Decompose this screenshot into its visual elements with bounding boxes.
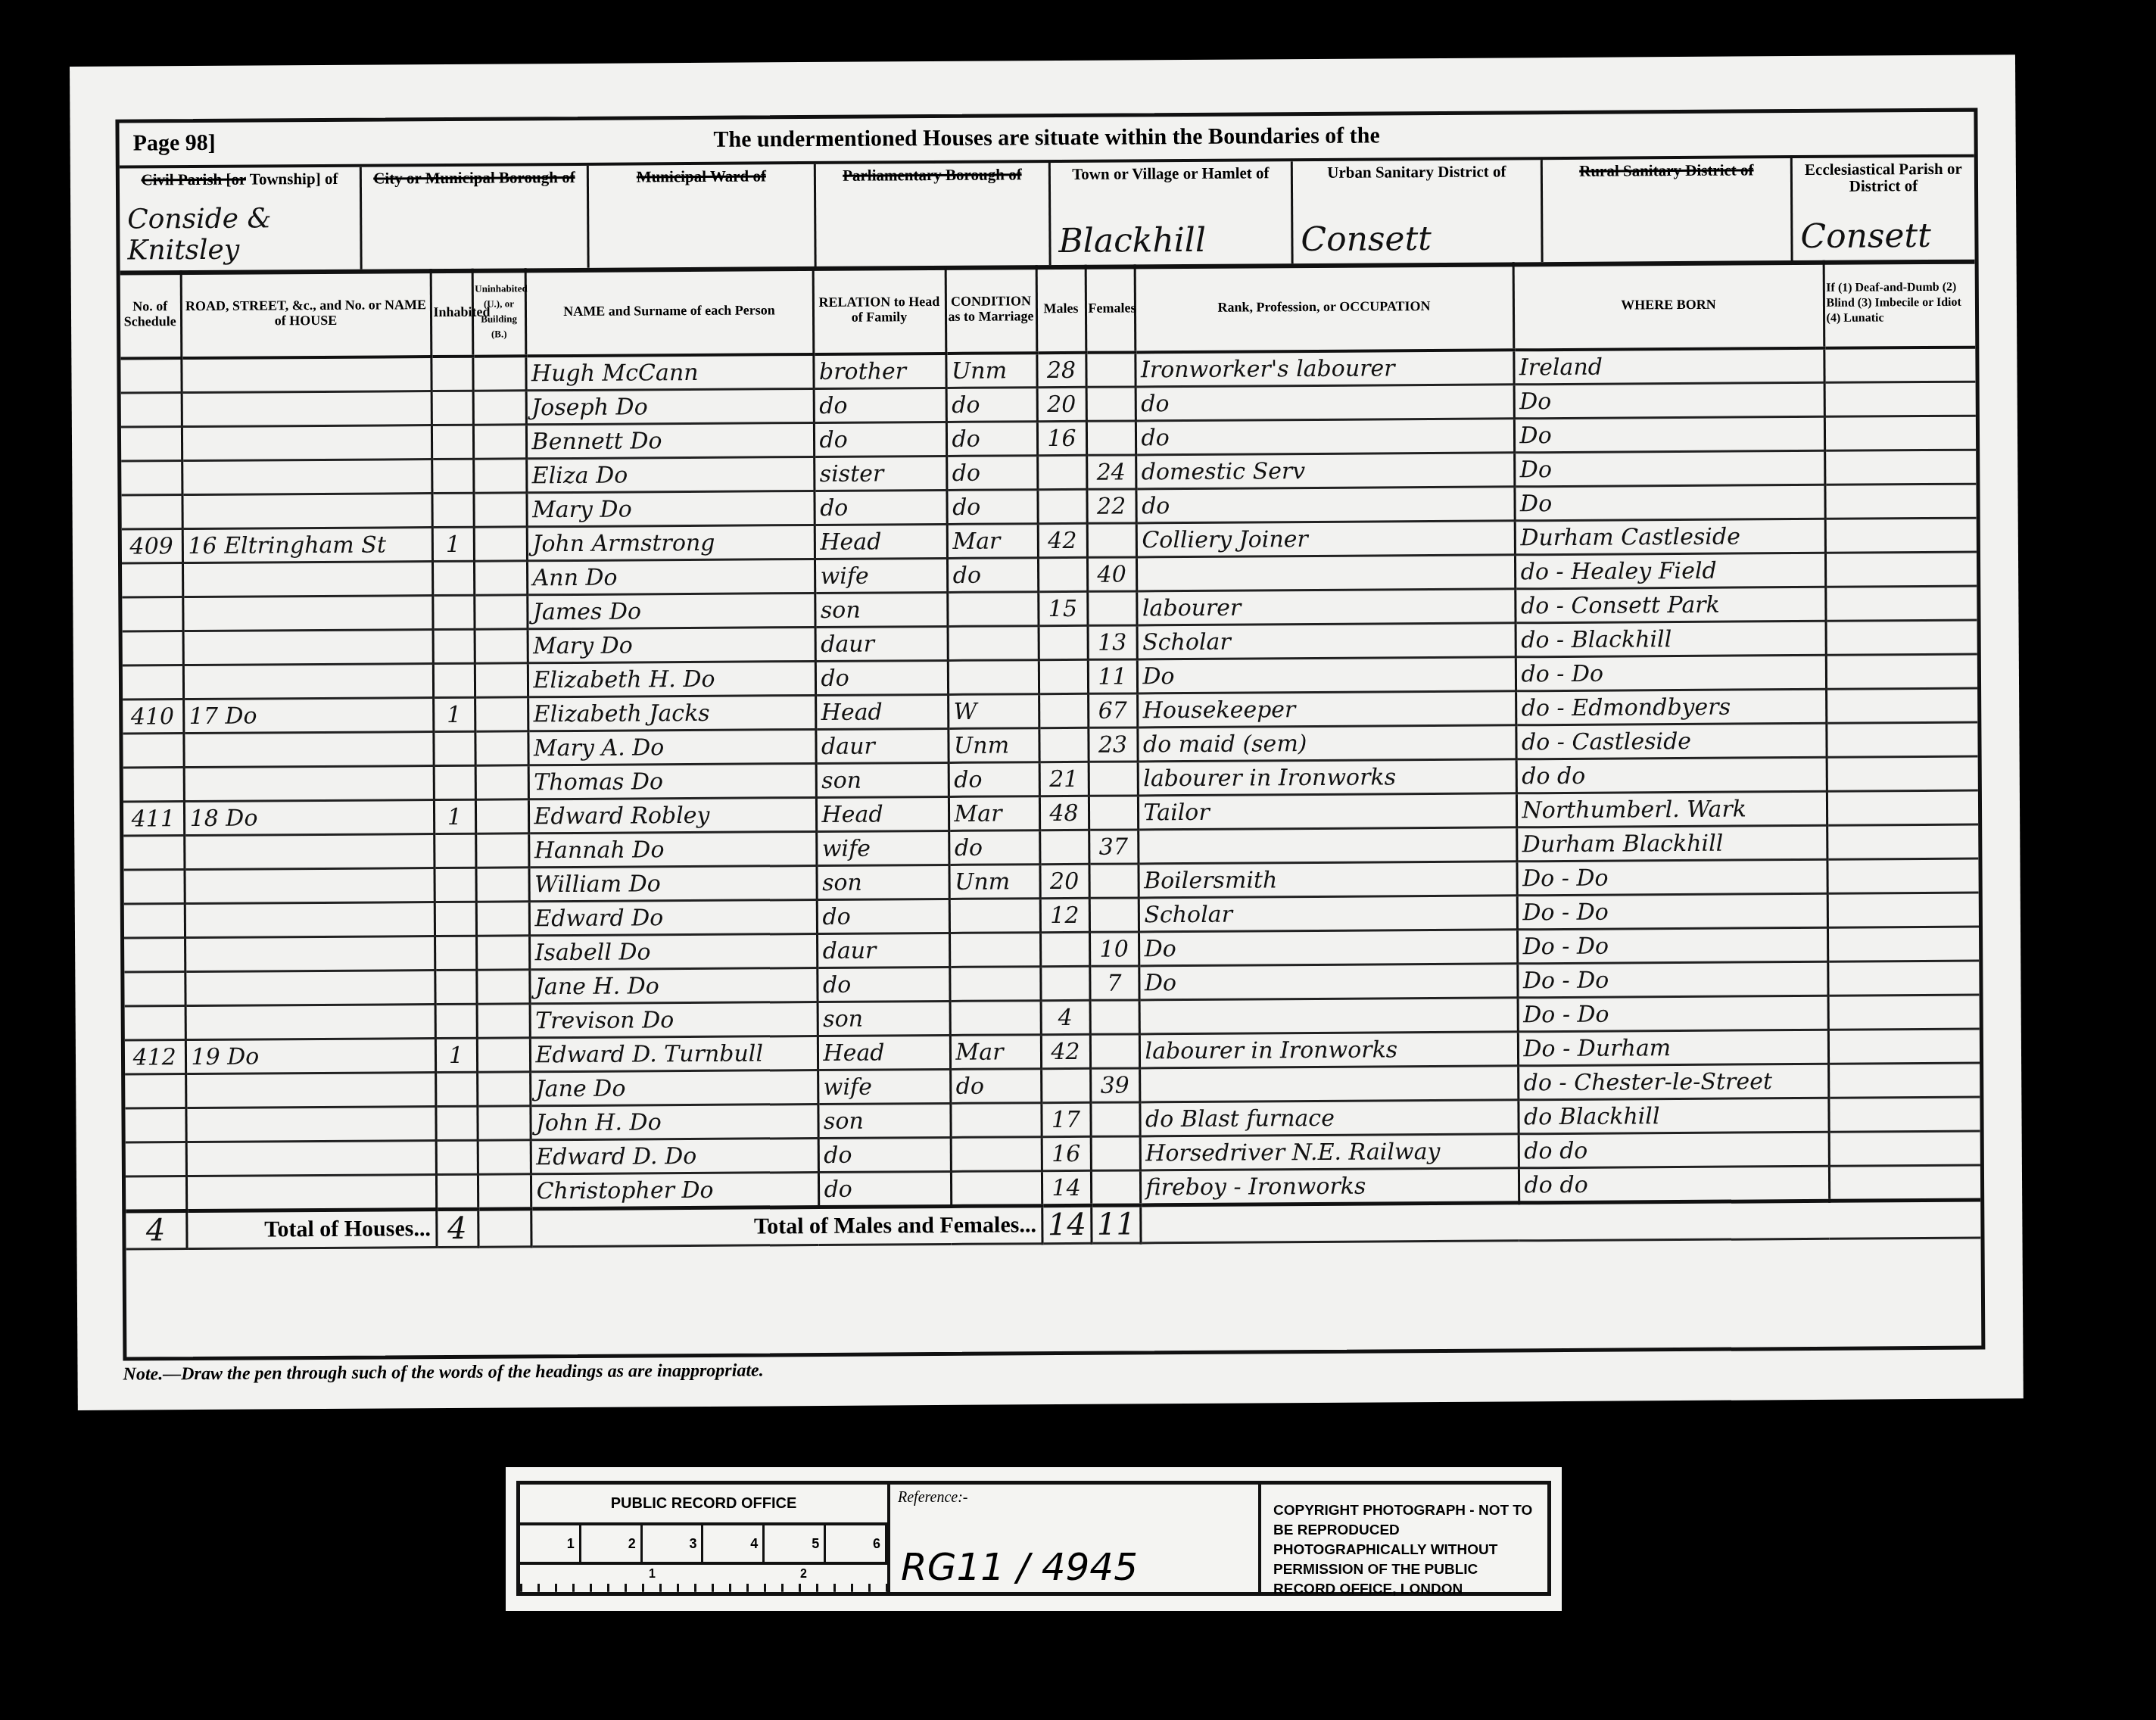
cell-occupation: labourer in Ironworks	[1139, 1032, 1518, 1068]
cell-name: Bennett Do	[526, 423, 814, 459]
cell-born: Northumberl. Wark	[1516, 791, 1827, 827]
cell-condition: W	[948, 694, 1039, 729]
cell-road	[182, 494, 432, 529]
cell-occupation	[1138, 827, 1516, 864]
cell-road	[185, 1073, 435, 1108]
cell-born: Do - Do	[1517, 893, 1827, 930]
cell-female: 67	[1088, 693, 1137, 728]
cell-relation: son	[818, 1103, 950, 1138]
ecclesiastical-value: Consett	[1800, 217, 1931, 256]
cell-born: do Blackhill	[1518, 1098, 1828, 1134]
area-municipal-ward: Municipal Ward of	[589, 164, 817, 268]
cell-condition: Mar	[950, 1035, 1041, 1070]
cell-condition: do	[946, 490, 1037, 525]
cell-condition: do	[949, 762, 1039, 797]
cell-schedule: 411	[123, 802, 184, 836]
cell-inh	[436, 1174, 478, 1209]
cell-name: William Do	[528, 865, 816, 901]
col-males: Males	[1036, 265, 1086, 353]
cell-occupation: labourer in Ironworks	[1138, 759, 1516, 796]
cell-inh	[432, 561, 474, 595]
cell-born: Do	[1514, 382, 1824, 419]
cell-born: do - Edmondbyers	[1516, 689, 1826, 725]
cell-condition	[951, 1171, 1042, 1207]
cell-female: 40	[1087, 557, 1136, 591]
cell-relation: wife	[816, 830, 949, 865]
cell-female	[1086, 352, 1135, 387]
public-record-office-stamp: PUBLIC RECORD OFFICE 1 2 3 4 5 6 1 2 Ref…	[506, 1467, 1562, 1611]
cell-road	[185, 971, 435, 1006]
cell-road	[183, 664, 433, 700]
cell-female	[1090, 1102, 1139, 1136]
cell-female	[1089, 898, 1139, 932]
cell-name: Elizabeth H. Do	[528, 661, 815, 696]
cell-inh: 1	[433, 697, 475, 731]
cell-inh	[432, 425, 473, 459]
cell-born: do do	[1519, 1132, 1829, 1168]
total-females: 11	[1091, 1205, 1140, 1243]
cell-name: Jane H. Do	[529, 967, 817, 1003]
cell-female	[1090, 1000, 1139, 1034]
cell-born: do - Blackhill	[1516, 621, 1826, 657]
cell-condition: do	[946, 422, 1037, 456]
cell-occupation: do	[1136, 419, 1514, 455]
total-schedules: 4	[126, 1211, 186, 1249]
cell-name: Elizabeth Jacks	[528, 695, 815, 731]
cell-condition	[947, 592, 1038, 627]
cell-male: 17	[1041, 1102, 1090, 1136]
cell-inh	[434, 765, 475, 799]
cell-female: 22	[1086, 489, 1136, 523]
cell-name: Ann Do	[527, 559, 815, 595]
cell-male: 20	[1039, 864, 1089, 898]
col-where-born: WHERE BORN	[1513, 260, 1824, 351]
scale-numbers: 1 2 3 4 5 6	[520, 1525, 887, 1565]
cell-relation: do	[818, 1171, 951, 1207]
cell-male: 12	[1040, 898, 1089, 932]
cell-born: Do	[1514, 450, 1824, 487]
cell-condition	[948, 626, 1039, 661]
reference-value: RG11 / 4945	[901, 1545, 1138, 1589]
cell-condition: do	[947, 558, 1038, 593]
cell-road: 19 Do	[185, 1039, 435, 1074]
cell-female	[1091, 1136, 1140, 1170]
cell-born: Durham Castleside	[1515, 519, 1825, 555]
cell-born: do - Castleside	[1516, 723, 1826, 759]
cell-road	[184, 868, 434, 904]
cell-female	[1089, 762, 1138, 796]
cell-road	[182, 562, 432, 597]
cell-schedule	[121, 427, 182, 461]
cell-male: 21	[1039, 762, 1089, 796]
cell-relation: daur	[817, 933, 949, 967]
cell-female: 10	[1089, 932, 1139, 966]
area-header-row: Civil Parish [or Township] of Conside & …	[120, 154, 1975, 276]
total-houses-label: Total of Houses...	[186, 1210, 436, 1249]
cell-male: 20	[1037, 387, 1086, 421]
area-rural-sanitary: Rural Sanitary District of	[1543, 158, 1793, 262]
cell-condition	[950, 1001, 1041, 1036]
cell-relation: Head	[816, 796, 949, 831]
col-females: Females	[1086, 264, 1136, 352]
cell-relation: do	[814, 388, 946, 422]
cell-relation: do	[818, 1137, 951, 1172]
cell-occupation: Housekeeper	[1137, 691, 1516, 728]
cell-road	[183, 630, 433, 665]
cell-road	[184, 766, 434, 802]
cell-condition: Unm	[948, 728, 1039, 763]
cell-born: Do - Do	[1518, 996, 1828, 1032]
col-inhabited: Inhabited	[431, 269, 473, 357]
cell-schedule: 409	[122, 529, 182, 563]
cell-condition: do	[946, 456, 1037, 491]
cell-relation: wife	[815, 558, 947, 593]
ruler-scale: 1 2	[520, 1565, 887, 1592]
cell-name: Edward Robley	[528, 797, 816, 833]
cell-relation: son	[816, 762, 949, 797]
cell-male: 42	[1038, 523, 1087, 557]
cell-schedule	[120, 358, 181, 393]
cell-road	[186, 1141, 436, 1176]
office-name: PUBLIC RECORD OFFICE	[520, 1485, 887, 1525]
cell-inh	[432, 493, 473, 527]
cell-name: Edward Do	[529, 899, 817, 935]
cell-male: 48	[1039, 796, 1089, 830]
cell-schedule	[124, 972, 185, 1006]
cell-female	[1086, 421, 1136, 455]
cell-name: Edward D. Turnbull	[530, 1036, 818, 1071]
copyright-notice: COPYRIGHT PHOTOGRAPH - NOT TO BE REPRODU…	[1261, 1485, 1547, 1592]
cell-female: 39	[1090, 1068, 1139, 1102]
cell-female: 11	[1088, 659, 1137, 693]
cell-road	[182, 425, 432, 461]
binding-hole	[2033, 1235, 2052, 1258]
cell-schedule	[124, 904, 185, 938]
col-name: NAME and Surname of each Person	[525, 266, 814, 356]
census-rows: Hugh McCannbrotherUnm28Ironworker's labo…	[120, 347, 1980, 1211]
cell-relation: do	[814, 490, 946, 525]
binding-hole	[2027, 138, 2046, 160]
cell-schedule	[125, 1006, 185, 1040]
cell-relation: Head	[815, 524, 947, 559]
cell-schedule	[126, 1142, 186, 1176]
cell-name: Jane Do	[530, 1070, 818, 1105]
urban-sanitary-value: Consett	[1301, 220, 1432, 259]
cell-road	[186, 1175, 436, 1211]
cell-occupation: Scholar	[1139, 896, 1517, 932]
cell-road	[183, 732, 433, 768]
cell-inh: 1	[435, 1038, 477, 1072]
cell-occupation: Scholar	[1137, 623, 1516, 659]
cell-male	[1039, 693, 1088, 728]
cell-occupation: Tailor	[1138, 793, 1516, 830]
cell-inh	[435, 936, 476, 970]
binding-hole	[2030, 690, 2049, 713]
cell-schedule	[126, 1176, 186, 1211]
cell-occupation: Boilersmith	[1138, 862, 1516, 898]
cell-male	[1037, 489, 1086, 523]
cell-inh	[432, 595, 474, 629]
cell-male	[1039, 625, 1088, 659]
cell-condition: Unm	[946, 353, 1036, 388]
cell-road	[182, 391, 432, 427]
cell-name: Hannah Do	[528, 831, 816, 867]
cell-occupation	[1139, 1066, 1518, 1102]
boundaries-banner: The undermentioned Houses are situate wi…	[120, 120, 1974, 157]
cell-name: Joseph Do	[526, 389, 814, 425]
cell-inh	[432, 459, 473, 493]
cell-inh	[434, 868, 475, 902]
cell-born: do - Chester-le-Street	[1518, 1064, 1828, 1100]
cell-condition: Mar	[947, 524, 1038, 559]
col-schedule: No. of Schedule	[120, 270, 182, 358]
cell-condition	[949, 967, 1040, 1002]
cell-inh: 1	[434, 799, 475, 834]
cell-occupation: do	[1136, 385, 1514, 421]
cell-road	[181, 357, 431, 393]
cell-schedule	[125, 1108, 185, 1142]
cell-born: do - Healey Field	[1515, 553, 1825, 589]
cell-condition	[949, 899, 1040, 933]
cell-male: 4	[1041, 1000, 1090, 1034]
cell-female	[1089, 864, 1138, 898]
cell-female	[1090, 1034, 1139, 1068]
census-page: Page 98] The undermentioned Houses are s…	[70, 55, 2024, 1410]
cell-female	[1086, 387, 1136, 421]
cell-relation: do	[817, 967, 949, 1002]
cell-male: 15	[1038, 591, 1087, 625]
cell-female	[1087, 523, 1136, 557]
cell-name: Edward D. Do	[531, 1138, 818, 1173]
footnote: Note.—Draw the pen through such of the w…	[123, 1360, 763, 1385]
cell-relation: Head	[815, 694, 948, 729]
cell-schedule	[121, 495, 182, 529]
cell-female	[1087, 591, 1136, 625]
cell-born: Durham Blackhill	[1516, 825, 1827, 862]
cell-road	[182, 596, 432, 631]
col-relation: RELATION to Head of Family	[813, 266, 946, 354]
cell-schedule	[123, 734, 183, 768]
cell-name: Mary Do	[526, 491, 814, 527]
cell-relation: son	[818, 1001, 950, 1036]
cell-female	[1089, 796, 1138, 830]
cell-born: Do - Durham	[1518, 1030, 1828, 1066]
cell-schedule	[123, 631, 183, 665]
cell-inh	[434, 834, 475, 868]
area-urban-sanitary: Urban Sanitary District of Consett	[1293, 160, 1544, 263]
cell-relation: daur	[815, 626, 948, 661]
civil-parish-value: Conside & Knitsley	[127, 203, 360, 266]
cell-road: 18 Do	[184, 800, 434, 836]
cell-schedule	[122, 597, 182, 631]
cell-male	[1039, 728, 1088, 762]
cell-male	[1037, 455, 1086, 489]
cell-born: Do - Do	[1517, 961, 1827, 998]
cell-schedule	[125, 1074, 185, 1108]
cell-name: Thomas Do	[528, 763, 816, 799]
cell-name: James Do	[527, 594, 815, 629]
cell-schedule	[121, 461, 182, 495]
cell-occupation: Do	[1139, 964, 1517, 1000]
cell-occupation: do maid (sem)	[1137, 725, 1516, 762]
cell-inh	[435, 970, 476, 1004]
col-road: ROAD, STREET, &c., and No. or NAME of HO…	[181, 269, 432, 358]
census-form: Page 98] The undermentioned Houses are s…	[115, 108, 1985, 1361]
cell-male: 14	[1042, 1170, 1091, 1205]
cell-male	[1039, 830, 1089, 864]
area-ecclesiastical-parish: Ecclesiastical Parish or District of Con…	[1793, 157, 1975, 260]
cell-condition	[948, 660, 1039, 695]
col-infirmity: If (1) Deaf-and-Dumb (2) Blind (3) Imbec…	[1824, 260, 1976, 348]
col-occupation: Rank, Profession, or OCCUPATION	[1135, 262, 1514, 352]
area-parliamentary-borough: Parliamentary Borough of	[816, 163, 1052, 266]
cell-relation: sister	[814, 456, 946, 491]
cell-relation: Head	[818, 1035, 950, 1070]
cell-inh: 1	[432, 527, 474, 561]
cell-male	[1039, 659, 1088, 693]
cell-born: Do	[1514, 416, 1824, 453]
cell-road	[185, 1005, 435, 1040]
cell-inh	[435, 902, 476, 936]
cell-inh	[431, 357, 472, 391]
cell-condition	[951, 1137, 1042, 1172]
cell-name: John H. Do	[530, 1104, 818, 1139]
cell-male	[1038, 557, 1087, 591]
cell-condition: do	[950, 1069, 1041, 1104]
column-header-row: No. of Schedule ROAD, STREET, &c., and N…	[120, 260, 1976, 359]
cell-inh	[435, 1004, 477, 1038]
cell-inh	[436, 1140, 478, 1174]
cell-road	[185, 902, 435, 938]
cell-condition: Mar	[949, 796, 1039, 831]
census-table: No. of Schedule ROAD, STREET, &c., and N…	[120, 260, 1981, 1251]
cell-name: Mary Do	[528, 627, 815, 662]
area-municipal-borough: City or Municipal Borough of	[362, 166, 590, 270]
area-civil-parish: Civil Parish [or Township] of Conside & …	[120, 167, 363, 271]
cell-schedule: 412	[125, 1040, 185, 1074]
cell-schedule	[121, 393, 182, 427]
cell-occupation: Ironworker's labourer	[1135, 350, 1513, 387]
cell-female: 23	[1088, 728, 1137, 762]
reference-label: Reference:-	[898, 1489, 1251, 1507]
cell-born: do - Consett Park	[1515, 587, 1825, 623]
cell-road	[184, 834, 434, 870]
cell-name: Hugh McCann	[525, 354, 813, 391]
cell-relation: do	[817, 899, 949, 933]
cell-name: Christopher Do	[531, 1172, 818, 1208]
cell-occupation: Do	[1137, 657, 1516, 693]
cell-schedule	[124, 938, 185, 972]
cell-inh	[435, 1072, 477, 1106]
cell-road	[185, 1107, 435, 1142]
cell-relation: son	[815, 592, 947, 627]
cell-occupation: do Blast furnace	[1139, 1100, 1518, 1136]
cell-occupation: Horsedriver N.E. Railway	[1140, 1134, 1519, 1170]
cell-condition	[949, 933, 1040, 967]
cell-name: Trevison Do	[530, 1002, 818, 1037]
cell-occupation	[1136, 555, 1515, 591]
cell-male: 16	[1037, 421, 1086, 455]
cell-road: 17 Do	[183, 698, 433, 734]
cell-inh	[433, 663, 475, 697]
cell-schedule	[123, 870, 184, 904]
cell-schedule	[122, 563, 182, 597]
cell-condition	[950, 1103, 1041, 1138]
cell-relation: do	[814, 422, 946, 456]
cell-name: John Armstrong	[527, 525, 815, 561]
cell-male	[1040, 932, 1089, 966]
area-town-village: Town or Village or Hamlet of Blackhill	[1051, 161, 1294, 265]
cell-occupation: Colliery Joiner	[1136, 521, 1515, 557]
cell-born: do do	[1519, 1166, 1829, 1203]
cell-road: 16 Eltringham St	[182, 528, 432, 563]
total-houses: 4	[436, 1209, 478, 1247]
col-condition: CONDITION as to Marriage	[946, 265, 1037, 354]
cell-born: do do	[1516, 757, 1827, 793]
cell-occupation	[1139, 998, 1518, 1034]
cell-name: Isabell Do	[529, 933, 817, 969]
cell-occupation: fireboy - Ironworks	[1140, 1168, 1519, 1205]
cell-male	[1041, 1068, 1090, 1102]
cell-condition: do	[946, 388, 1037, 422]
cell-inh	[435, 1106, 477, 1140]
town-value: Blackhill	[1058, 221, 1206, 260]
cell-female: 7	[1089, 966, 1139, 1000]
cell-male	[1040, 966, 1089, 1000]
cell-inh	[433, 629, 475, 663]
cell-name: Mary A. Do	[528, 729, 815, 765]
cell-schedule	[123, 768, 184, 802]
cell-occupation: domestic Serv	[1136, 453, 1514, 489]
cell-schedule	[123, 836, 184, 870]
cell-occupation: labourer	[1136, 589, 1515, 625]
cell-road	[182, 460, 432, 495]
cell-road	[185, 936, 435, 972]
cell-inh	[433, 731, 475, 765]
cell-female	[1091, 1170, 1140, 1205]
cell-occupation: Do	[1139, 930, 1517, 966]
cell-born: Do - Do	[1516, 859, 1827, 896]
cell-female: 13	[1088, 625, 1137, 659]
cell-male: 28	[1036, 353, 1086, 388]
cell-condition: do	[949, 830, 1039, 865]
cell-relation: do	[815, 660, 948, 695]
col-uninhabited: Uninhabited (U.), or Building (B.)	[472, 268, 526, 356]
cell-relation: wife	[818, 1069, 950, 1104]
cell-inh	[432, 391, 473, 425]
cell-male: 16	[1042, 1136, 1091, 1170]
cell-condition: Unm	[949, 865, 1039, 899]
cell-relation: son	[816, 865, 949, 899]
cell-name: Eliza Do	[526, 457, 814, 493]
cell-relation: daur	[815, 728, 948, 763]
cell-born: Do - Do	[1517, 927, 1827, 964]
cell-born: do - Do	[1516, 655, 1826, 691]
cell-female: 24	[1086, 455, 1136, 489]
total-persons-label: Total of Males and Females...	[531, 1206, 1042, 1247]
cell-born: Ireland	[1513, 348, 1824, 385]
cell-female: 37	[1089, 830, 1138, 864]
cell-relation: brother	[813, 354, 946, 389]
total-males: 14	[1042, 1205, 1091, 1243]
cell-born: Do	[1514, 485, 1824, 521]
cell-schedule: 410	[123, 700, 183, 734]
cell-occupation: do	[1136, 487, 1514, 523]
cell-schedule	[123, 665, 183, 700]
cell-male: 42	[1041, 1034, 1090, 1068]
